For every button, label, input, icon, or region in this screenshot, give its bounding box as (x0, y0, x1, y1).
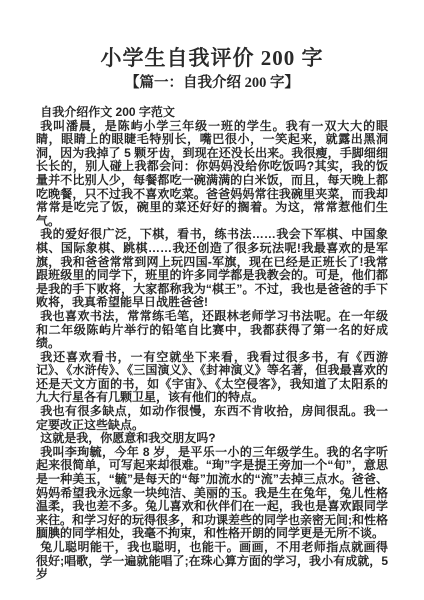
document-body: 自我介绍作文 200 字范文 我叫潘晨，是陈屿小学三年级一班的学生。我有一双大大… (36, 106, 388, 582)
paragraph: 我也有很多缺点，如动作很慢，东西不肯收拾，房间很乱。我一定要改正这些缺点。 (36, 405, 388, 432)
paragraph: 我的爱好很广泛，下棋，看书，练书法……我会下军棋、中国象棋、国际象棋、跳棋……我… (36, 228, 388, 310)
section-subtitle: 【篇一：自我介绍 200 字】 (36, 74, 388, 92)
body-heading: 自我介绍作文 200 字范文 (36, 106, 388, 120)
paragraph: 我叫李珣毓，今年 8 岁，是平乐一小的三年级学生。我的名字听起来很简单，可写起来… (36, 446, 388, 541)
paragraph: 这就是我，你愿意和我交朋友吗? (36, 432, 388, 446)
paragraph: 我也喜欢书法，常常练毛笔，还跟林老师学习书法呢。在一年级和二年级陈屿片举行的铅笔… (36, 310, 388, 351)
page-title: 小学生自我评价 200 字 (36, 46, 388, 70)
paragraph: 兔儿聪明能干，我也聪明，也能干。画画，不用老师指点就画得很好;唱歌，学一遍就能唱… (36, 541, 388, 582)
paragraph: 我叫潘晨，是陈屿小学三年级一班的学生。我有一双大大的眼睛，眼睛上的眼睫毛特别长，… (36, 120, 388, 229)
paragraph: 我还喜欢看书，一有空就坐下来看，我看过很多书，有《西游记》、《水浒传》、《三国演… (36, 351, 388, 405)
document-page: 小学生自我评价 200 字 【篇一：自我介绍 200 字】 自我介绍作文 200… (0, 0, 424, 600)
